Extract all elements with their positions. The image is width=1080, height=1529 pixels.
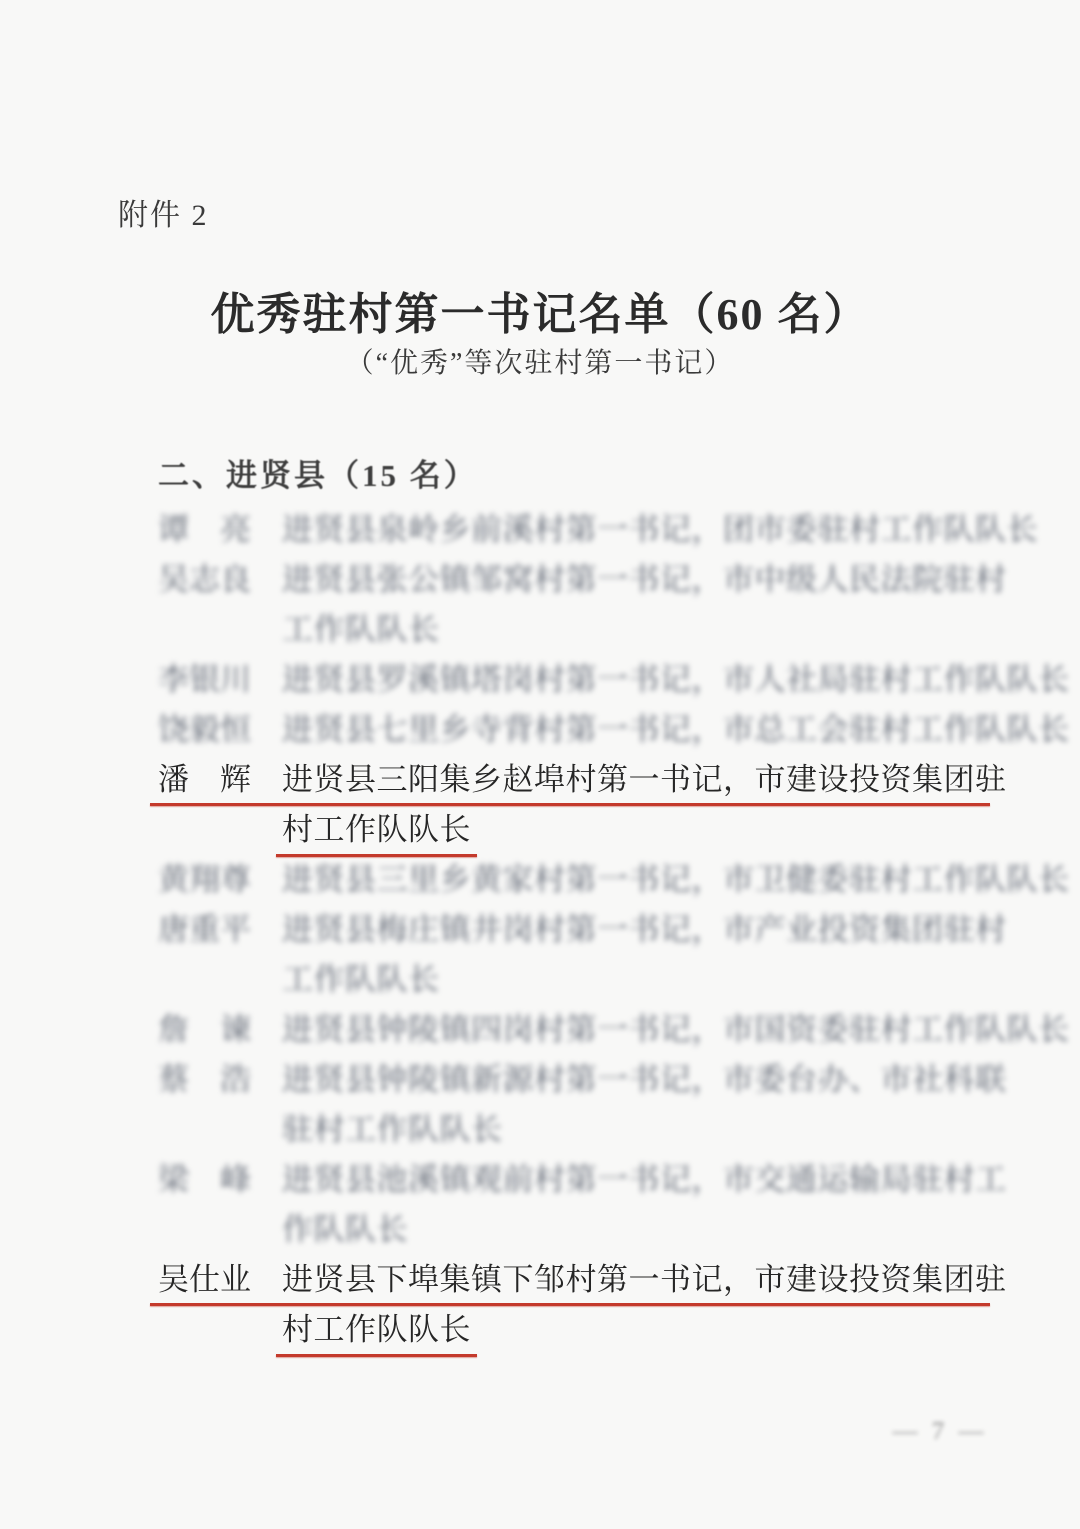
page-subtitle: （“优秀”等次驻村第一书记） [0,341,1080,381]
entry-text-line1: 进贤县钟陵镇新源村第一书记，市委台办、市社科联 [282,1054,1007,1099]
person-name: 唐重平 [158,904,254,949]
entry-text-line1: 进贤县罗溪镇塔岗村第一书记，市人社局驻村工作队队长 [282,654,1070,699]
entry-line-1: 潘 辉 进贤县三阳集乡赵埠村第一书记，市建设投资集团驻 [158,758,986,808]
entry-line-2: 驻村工作队队长 [158,1108,986,1158]
entry-text-line2: 作队队长 [282,1204,408,1249]
person-name: 黄翔尊 [158,854,254,899]
attachment-label: 附件 2 [118,190,209,234]
entry-line-2: 村工作队队长 [158,1308,986,1358]
entry-text-line2: 驻村工作队队长 [282,1104,503,1149]
entry-line-1: 吴仕业 进贤县下埠集镇下邹村第一书记，市建设投资集团驻 [158,1258,986,1308]
entry-line-2: 村工作队队长 [158,808,986,858]
entry-text-line2: 村工作队队长 [282,1304,471,1349]
entry-line-1: 饶毅恒 进贤县七里乡寺背村第一书记，市总工会驻村工作队队长 [158,708,986,758]
list-item: 饶毅恒 进贤县七里乡寺背村第一书记，市总工会驻村工作队队长 [158,708,986,758]
person-name: 饶毅恒 [158,704,254,749]
entry-line-1: 黄翔尊 进贤县三里乡黄家村第一书记，市卫健委驻村工作队队长 [158,858,986,908]
entry-line-1: 詹 谏 进贤县钟陵镇四岗村第一书记，市国资委驻村工作队队长 [158,1008,986,1058]
person-name: 吴仕业 [158,1254,254,1299]
entry-text-line1: 进贤县下埠集镇下邹村第一书记，市建设投资集团驻 [282,1254,1007,1299]
entry-line-2: 工作队队长 [158,608,986,658]
entry-line-1: 蔡 浩 进贤县钟陵镇新源村第一书记，市委台办、市社科联 [158,1058,986,1108]
person-name: 梁 峰 [158,1154,254,1199]
entry-line-2: 工作队队长 [158,958,986,1008]
list-item: 吴仕业 进贤县下埠集镇下邹村第一书记，市建设投资集团驻 村工作队队长 [158,1258,986,1358]
list-item: 谭 亮 进贤县泉岭乡前溪村第一书记，团市委驻村工作队队长 [158,508,986,558]
person-name: 吴志良 [158,554,254,599]
list-item: 黄翔尊 进贤县三里乡黄家村第一书记，市卫健委驻村工作队队长 [158,858,986,908]
entry-line-1: 梁 峰 进贤县池溪镇观前村第一书记，市交通运输局驻村工 [158,1158,986,1208]
list-item: 梁 峰 进贤县池溪镇观前村第一书记，市交通运输局驻村工 作队队长 [158,1158,986,1258]
entry-text-line2: 工作队队长 [282,954,440,999]
person-name: 潘 辉 [158,754,254,799]
entry-text-line1: 进贤县七里乡寺背村第一书记，市总工会驻村工作队队长 [282,704,1070,749]
person-name: 蔡 浩 [158,1054,254,1099]
entry-line-1: 吴志良 进贤县张公镇邹窝村第一书记，市中级人民法院驻村 [158,558,986,608]
entry-text-line1: 进贤县三里乡黄家村第一书记，市卫健委驻村工作队队长 [282,854,1070,899]
entry-line-1: 李银川 进贤县罗溪镇塔岗村第一书记，市人社局驻村工作队队长 [158,658,986,708]
entry-text-line1: 进贤县钟陵镇四岗村第一书记，市国资委驻村工作队队长 [282,1004,1070,1049]
list-item: 詹 谏 进贤县钟陵镇四岗村第一书记，市国资委驻村工作队队长 [158,1008,986,1058]
list-item: 唐重平 进贤县梅庄镇井岗村第一书记，市产业投资集团驻村 工作队队长 [158,908,986,1008]
person-name: 詹 谏 [158,1004,254,1049]
entry-text-line2: 村工作队队长 [282,804,471,849]
person-name: 李银川 [158,654,254,699]
person-name: 谭 亮 [158,504,254,549]
entry-text-line1: 进贤县池溪镇观前村第一书记，市交通运输局驻村工 [282,1154,1007,1199]
entry-list: 谭 亮 进贤县泉岭乡前溪村第一书记，团市委驻村工作队队长 吴志良 进贤县张公镇邹… [158,508,986,1358]
entry-text-line2: 工作队队长 [282,604,440,649]
list-item: 潘 辉 进贤县三阳集乡赵埠村第一书记，市建设投资集团驻 村工作队队长 [158,758,986,858]
entry-line-1: 唐重平 进贤县梅庄镇井岗村第一书记，市产业投资集团驻村 [158,908,986,958]
section-heading: 二、进贤县（15 名） [158,450,478,495]
entry-text-line1: 进贤县张公镇邹窝村第一书记，市中级人民法院驻村 [282,554,1007,599]
entry-text-line1: 进贤县梅庄镇井岗村第一书记，市产业投资集团驻村 [282,904,1007,949]
page-number: — 7 — [860,1418,1020,1446]
list-item: 吴志良 进贤县张公镇邹窝村第一书记，市中级人民法院驻村 工作队队长 [158,558,986,658]
list-item: 李银川 进贤县罗溪镇塔岗村第一书记，市人社局驻村工作队队长 [158,658,986,708]
list-item: 蔡 浩 进贤县钟陵镇新源村第一书记，市委台办、市社科联 驻村工作队队长 [158,1058,986,1158]
entry-text-line1: 进贤县泉岭乡前溪村第一书记，团市委驻村工作队队长 [282,504,1038,549]
entry-line-1: 谭 亮 进贤县泉岭乡前溪村第一书记，团市委驻村工作队队长 [158,508,986,558]
entry-line-2: 作队队长 [158,1208,986,1258]
page-title: 优秀驻村第一书记名单（60 名） [0,278,1080,342]
entry-text-line1: 进贤县三阳集乡赵埠村第一书记，市建设投资集团驻 [282,754,1007,799]
